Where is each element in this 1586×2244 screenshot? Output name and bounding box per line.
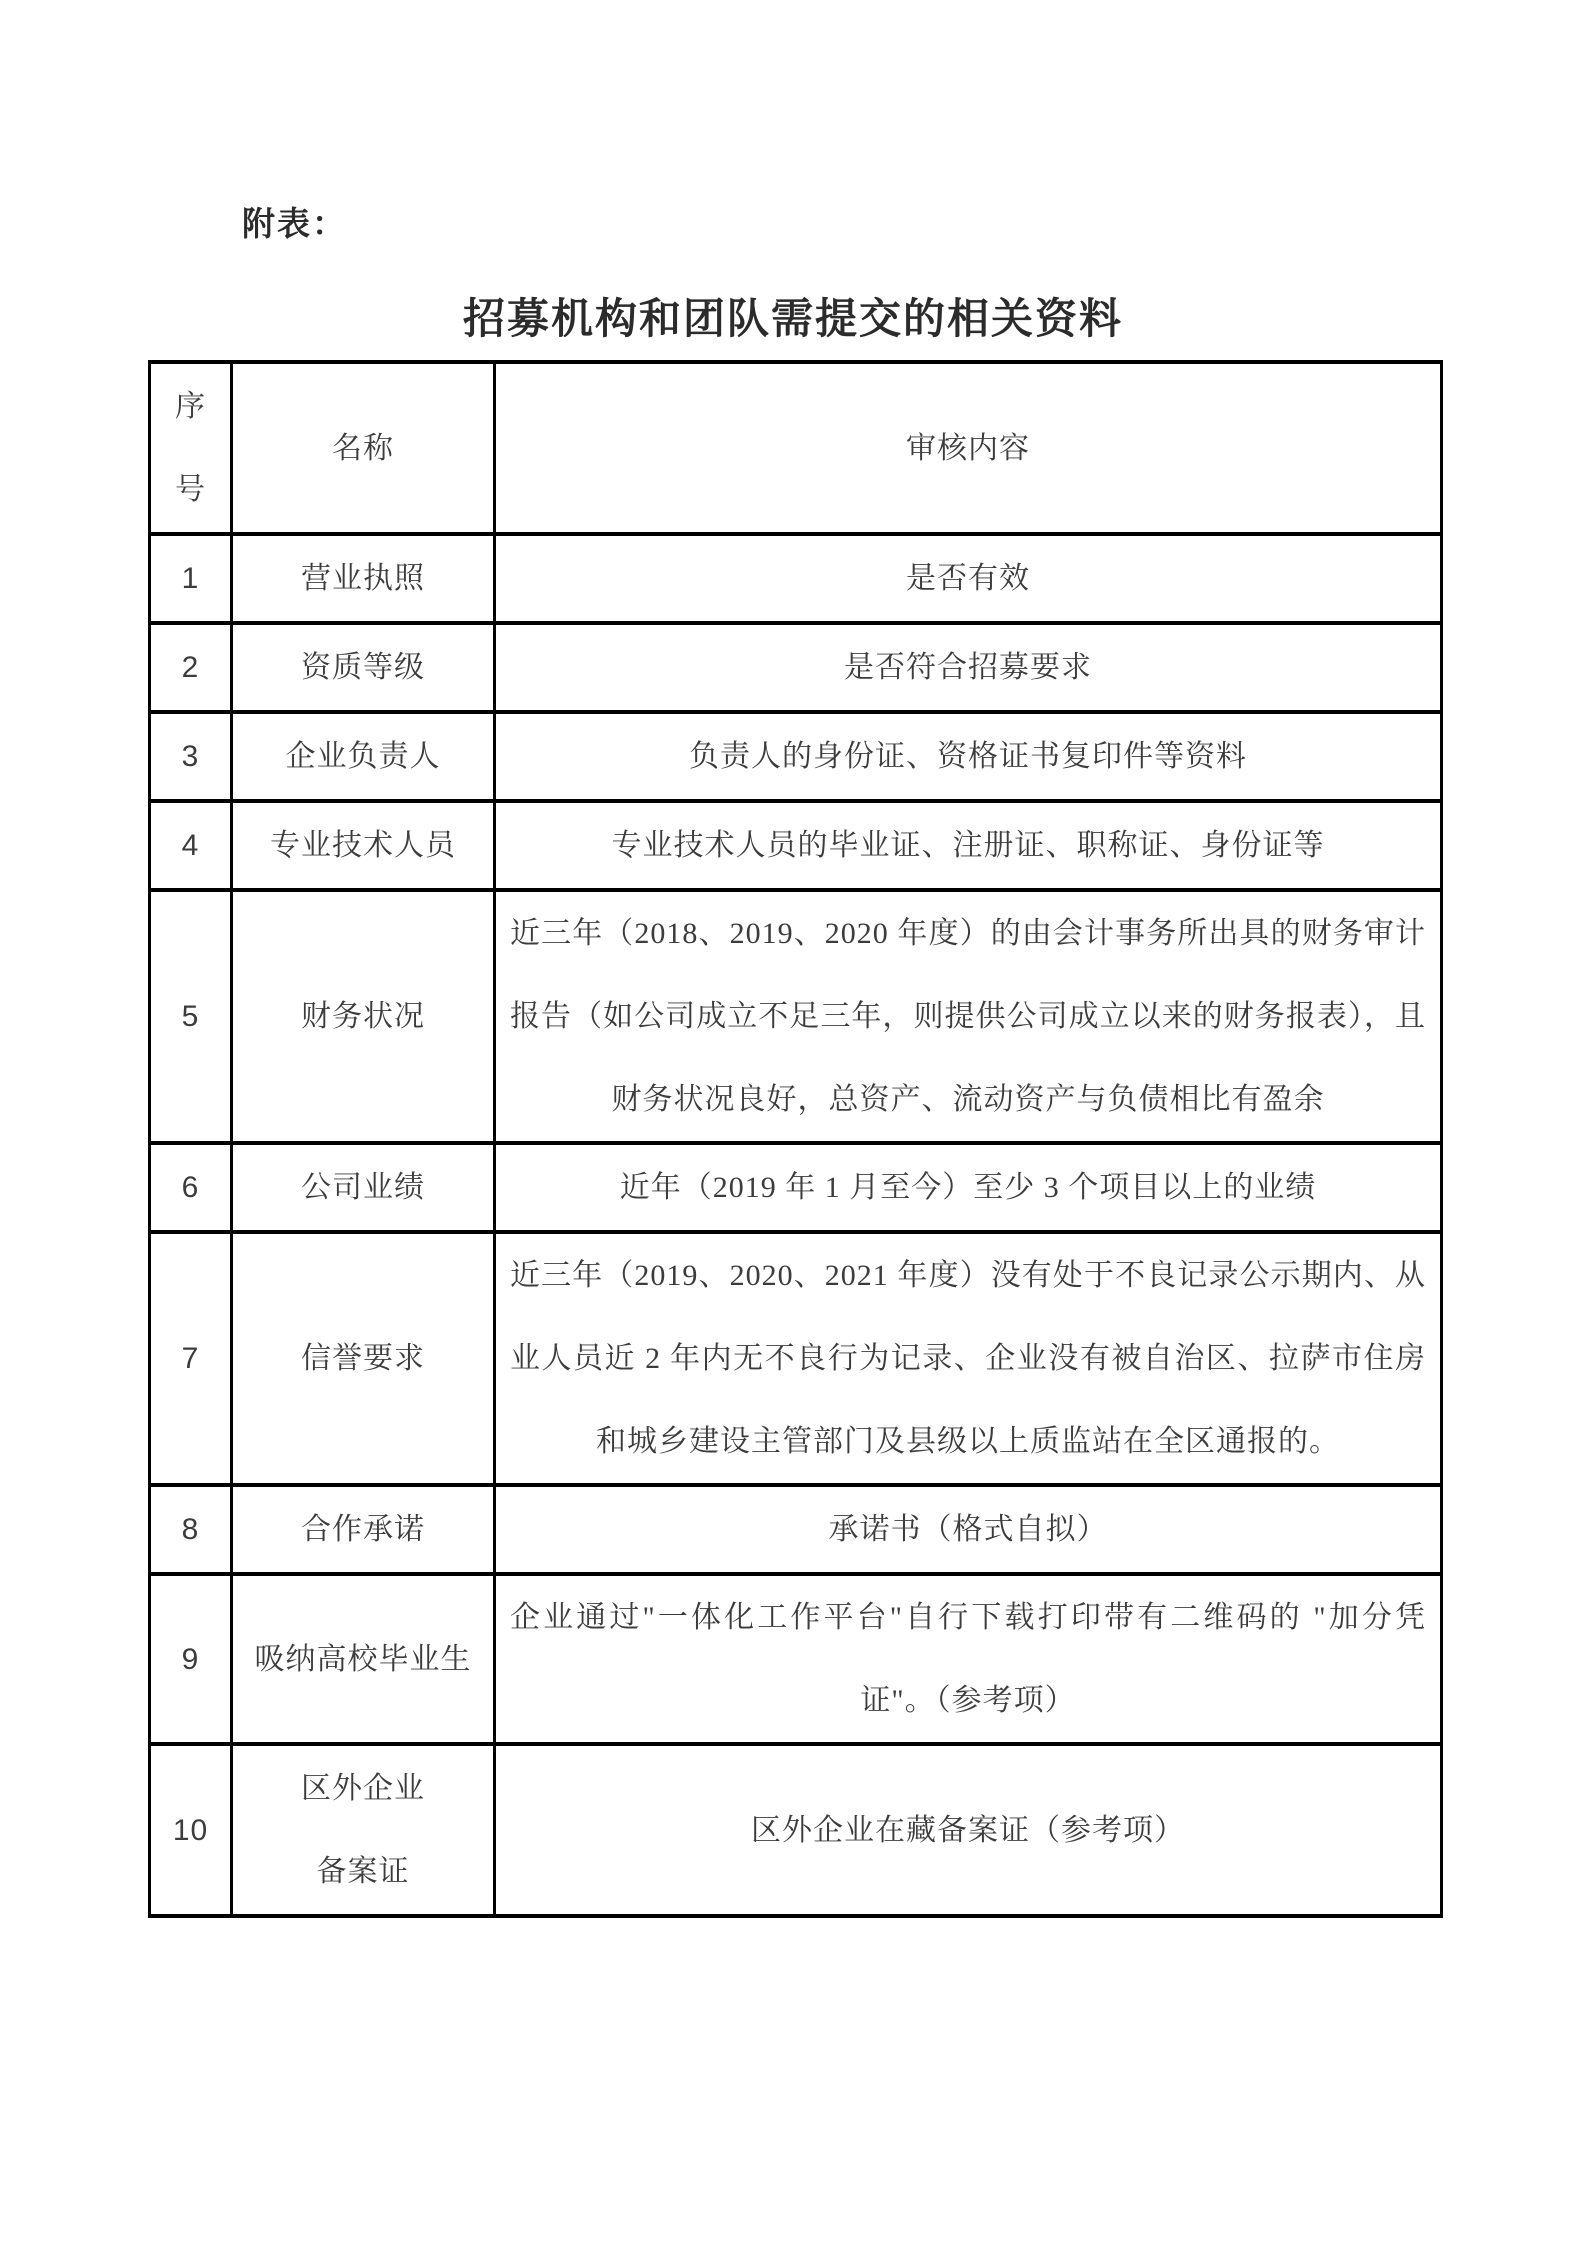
table-header-row: 序 号 名称 审核内容 [150, 362, 1442, 534]
row-content: 企业通过"一体化工作平台"自行下载打印带有二维码的 "加分凭证"。（参考项） [495, 1574, 1442, 1744]
row-content: 区外企业在藏备案证（参考项） [495, 1744, 1442, 1916]
row-no: 3 [150, 712, 232, 801]
row-name: 营业执照 [232, 534, 495, 623]
document-page: 附表： 招募机构和团队需提交的相关资料 序 号 名称 审核内容 1 营业执照 是… [0, 0, 1586, 2244]
row-content: 是否有效 [495, 534, 1442, 623]
table-row: 3 企业负责人 负责人的身份证、资格证书复印件等资料 [150, 712, 1442, 801]
row-no: 10 [150, 1744, 232, 1916]
row-no: 7 [150, 1232, 232, 1485]
table-row: 6 公司业绩 近年（2019 年 1 月至今）至少 3 个项目以上的业绩 [150, 1143, 1442, 1232]
row-no: 8 [150, 1485, 232, 1574]
row-no: 9 [150, 1574, 232, 1744]
row-content: 承诺书（格式自拟） [495, 1485, 1442, 1574]
header-name: 名称 [232, 362, 495, 534]
table-row: 4 专业技术人员 专业技术人员的毕业证、注册证、职称证、身份证等 [150, 801, 1442, 890]
row-name: 企业负责人 [232, 712, 495, 801]
table-row: 8 合作承诺 承诺书（格式自拟） [150, 1485, 1442, 1574]
row-content: 近年（2019 年 1 月至今）至少 3 个项目以上的业绩 [495, 1143, 1442, 1232]
row-no: 1 [150, 534, 232, 623]
table-row: 1 营业执照 是否有效 [150, 534, 1442, 623]
row-no: 6 [150, 1143, 232, 1232]
row-content: 近三年（2019、2020、2021 年度）没有处于不良记录公示期内、从业人员近… [495, 1232, 1442, 1485]
row-content: 是否符合招募要求 [495, 623, 1442, 712]
header-content: 审核内容 [495, 362, 1442, 534]
row-name: 信誉要求 [232, 1232, 495, 1485]
document-title: 招募机构和团队需提交的相关资料 [0, 286, 1586, 346]
row-name: 专业技术人员 [232, 801, 495, 890]
row-content: 近三年（2018、2019、2020 年度）的由会计事务所出具的财务审计报告（如… [495, 890, 1442, 1143]
row-name: 吸纳高校毕业生 [232, 1574, 495, 1744]
materials-table: 序 号 名称 审核内容 1 营业执照 是否有效 2 资质等级 是否符合招募要求 … [148, 360, 1443, 1918]
row-name: 财务状况 [232, 890, 495, 1143]
table-row: 10 区外企业 备案证 区外企业在藏备案证（参考项） [150, 1744, 1442, 1916]
row-name: 公司业绩 [232, 1143, 495, 1232]
row-name: 区外企业 备案证 [232, 1744, 495, 1916]
row-no: 5 [150, 890, 232, 1143]
row-no: 2 [150, 623, 232, 712]
table-row: 9 吸纳高校毕业生 企业通过"一体化工作平台"自行下载打印带有二维码的 "加分凭… [150, 1574, 1442, 1744]
row-content: 专业技术人员的毕业证、注册证、职称证、身份证等 [495, 801, 1442, 890]
table-row: 2 资质等级 是否符合招募要求 [150, 623, 1442, 712]
table-row: 7 信誉要求 近三年（2019、2020、2021 年度）没有处于不良记录公示期… [150, 1232, 1442, 1485]
row-content: 负责人的身份证、资格证书复印件等资料 [495, 712, 1442, 801]
row-no: 4 [150, 801, 232, 890]
header-no: 序 号 [150, 362, 232, 534]
table-row: 5 财务状况 近三年（2018、2019、2020 年度）的由会计事务所出具的财… [150, 890, 1442, 1143]
row-name: 资质等级 [232, 623, 495, 712]
row-name: 合作承诺 [232, 1485, 495, 1574]
appendix-label: 附表： [242, 198, 347, 245]
